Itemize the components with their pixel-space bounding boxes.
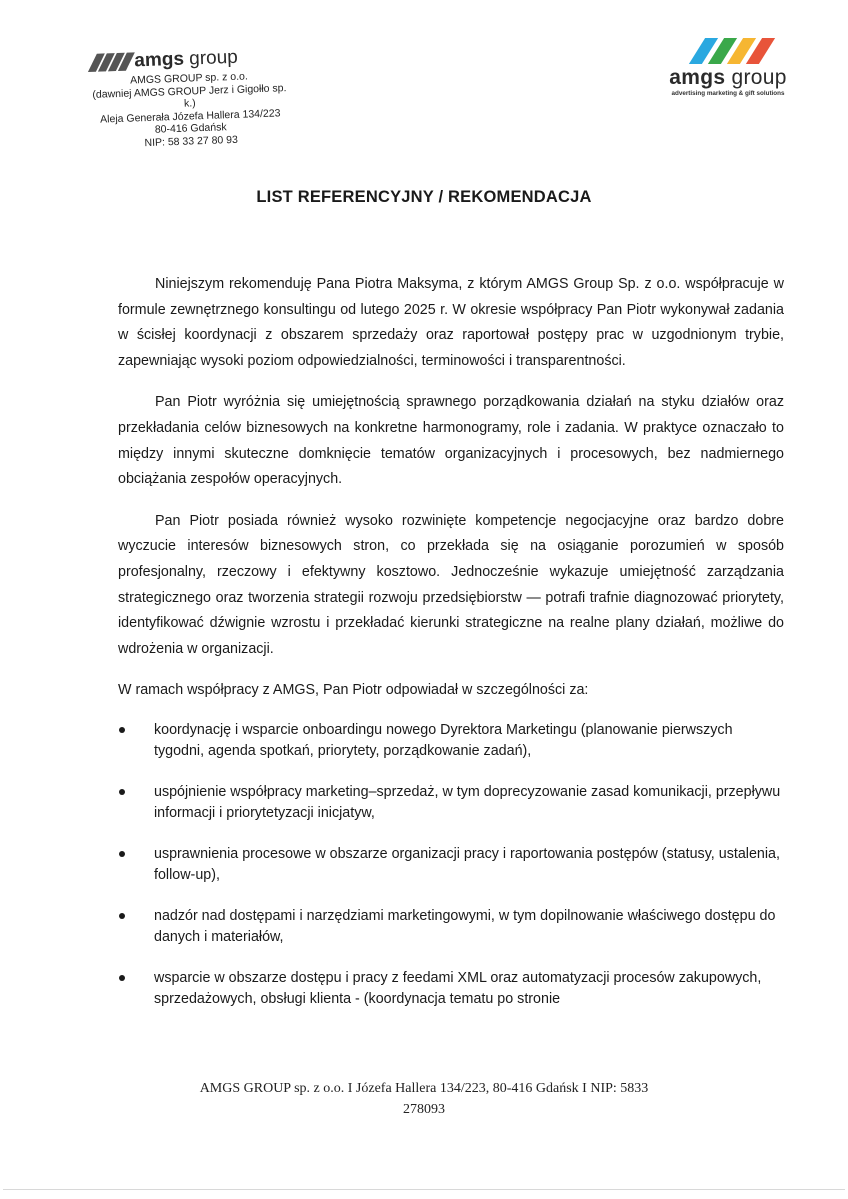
stamp-address: AMGS GROUP sp. z o.o. (dawniej AMGS GROU…: [89, 69, 291, 151]
bullet-icon: [119, 975, 125, 981]
paragraph: Pan Piotr wyróżnia się umiejętnością spr…: [118, 390, 784, 492]
document-title: LIST REFERENCYJNY / REKOMENDACJA: [0, 188, 848, 207]
list-item-text: uspójnienie współpracy marketing–sprzeda…: [154, 784, 780, 821]
list-item: usprawnienia procesowe w obszarze organi…: [118, 844, 784, 886]
company-stamp: amgs group AMGS GROUP sp. z o.o. (dawnie…: [88, 45, 291, 151]
logo-brand: amgs group: [668, 67, 788, 89]
logo-brand-light: group: [731, 66, 786, 89]
list-item: koordynację i wsparcie onboardingu noweg…: [118, 720, 784, 762]
list-item: nadzór nad dostępami i narzędziami marke…: [118, 906, 784, 948]
list-item-text: nadzór nad dostępami i narzędziami marke…: [154, 908, 775, 945]
logo-tagline: advertising marketing & gift solutions: [668, 90, 788, 97]
scan-edge-divider: [3, 1189, 845, 1190]
list-item: uspójnienie współpracy marketing–sprzeda…: [118, 782, 784, 824]
bullet-icon: [119, 913, 125, 919]
bullet-icon: [119, 727, 125, 733]
stamp-logo-bars-icon: [92, 53, 131, 72]
footer-line: AMGS GROUP sp. z o.o. I Józefa Hallera 1…: [0, 1078, 848, 1099]
list-item-text: wsparcie w obszarze dostępu i pracy z fe…: [154, 970, 761, 1007]
logo-brand-bold: amgs: [669, 66, 725, 89]
responsibilities-list: koordynację i wsparcie onboardingu noweg…: [118, 720, 784, 1010]
bullet-icon: [119, 789, 125, 795]
bullet-icon: [119, 851, 125, 857]
list-intro: W ramach współpracy z AMGS, Pan Piotr od…: [118, 678, 784, 704]
paragraph: Niniejszym rekomenduję Pana Piotra Maksy…: [118, 272, 784, 374]
stamp-brand: amgs group: [134, 47, 238, 73]
stamp-brand-bold: amgs: [134, 49, 184, 72]
page-footer: AMGS GROUP sp. z o.o. I Józefa Hallera 1…: [0, 1078, 848, 1120]
letter-body: Niniejszym rekomenduję Pana Piotra Maksy…: [118, 272, 784, 1030]
company-logo: amgs group advertising marketing & gift …: [668, 38, 788, 97]
paragraph: Pan Piotr posiada również wysoko rozwini…: [118, 509, 784, 663]
list-item-text: koordynację i wsparcie onboardingu noweg…: [154, 722, 733, 759]
footer-line: 278093: [0, 1099, 848, 1120]
list-item-text: usprawnienia procesowe w obszarze organi…: [154, 846, 780, 883]
list-item: wsparcie w obszarze dostępu i pracy z fe…: [118, 968, 784, 1010]
stamp-brand-light: group: [189, 47, 238, 70]
logo-color-bars-icon: [676, 38, 788, 64]
